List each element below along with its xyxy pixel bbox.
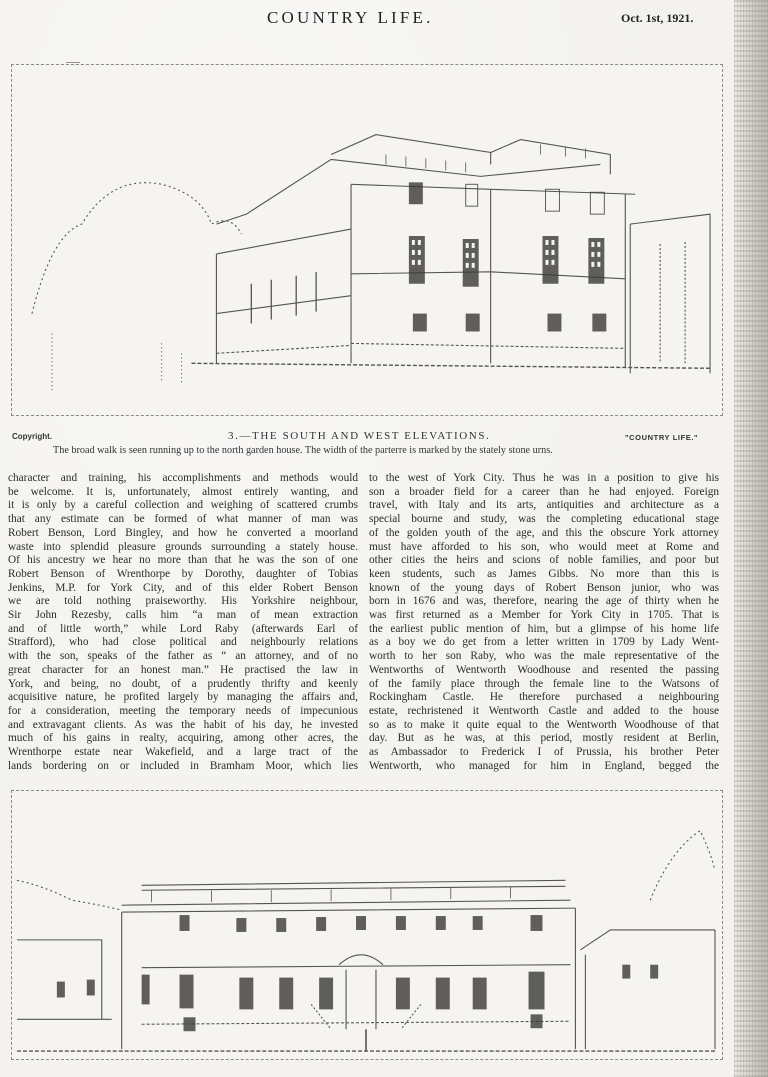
text-line: Jenkins, M.P. for York City, and of this… [8,582,358,596]
text-line: special bourne and study, was the comple… [369,513,719,527]
text-line: of the golden youth of the age, and this… [369,527,719,541]
text-line: day. But as he was, at this period, most… [369,732,719,746]
text-line: be welcome. It is, unfortunately, almost… [8,486,358,500]
text-line: Sir John Rezesby, calls him “a man of me… [8,609,358,623]
text-line: was first returned as a Member for York … [369,609,719,623]
text-line: travel, with Italy and its arts, antiqui… [369,499,719,513]
text-line: the earliest public mention of him, but … [369,623,719,637]
text-line: it is only by a careful collection and w… [8,499,358,513]
text-line: as a boy we do get from a letter written… [369,636,719,650]
house-engraving-front-icon [12,791,722,1059]
plate-south-west-elevations [11,64,723,416]
photo-credit: "COUNTRY LIFE." [625,433,698,442]
text-line: acquisitive nature, he profited largely … [8,691,358,705]
text-line: and of little worth,” while Lord Raby (a… [8,623,358,637]
text-line: York, and being, no doubt, of a prudentl… [8,678,358,692]
text-line: Robert Benson, Lord Bingley, and how he … [8,527,358,541]
masthead: COUNTRY LIFE. Oct. 1st, 1921. [0,8,734,30]
text-line: Rockingham Castle. He therefore purchase… [369,691,719,705]
text-line: other cities the heirs and scions of nob… [369,554,719,568]
text-line: to the west of York City. Thus he was in… [369,472,719,486]
text-line: Robert Benson of Wrenthorpe by Dorothy, … [8,568,358,582]
text-line: estate, rechristened it Wentworth Castle… [369,705,719,719]
scan-speck [66,62,80,63]
article-column-left: character and training, his accomplishme… [8,472,358,773]
copyright-label: Copyright. [12,432,52,441]
text-line: of the family place through the female l… [369,678,719,692]
text-line: as Ambassador to Frederick I of Prussia,… [369,746,719,760]
text-line: born in 1676 and was, therefore, nearing… [369,595,719,609]
text-line: Strafford), who had close political and … [8,636,358,650]
house-engraving-angled-icon [12,65,722,415]
text-line: son a broader field for a career than he… [369,486,719,500]
article-column-right: to the west of York City. Thus he was in… [369,472,719,773]
text-line: worth to her son Raby, who was the male … [369,650,719,664]
text-line: must have afforded to his son, who would… [369,541,719,555]
text-line: much of his gains in realty, acquiring, … [8,732,358,746]
text-line: that any estimate can be formed of what … [8,513,358,527]
plate-subcaption: The broad walk is seen running up to the… [53,445,553,456]
text-line: Wrenthorpe estate near Wakefield, and a … [8,746,358,760]
text-line: Wentworth, who managed for him in Englan… [369,760,719,774]
scanned-page-edge [734,0,768,1077]
text-line: lands bordering on or included in Bramha… [8,760,358,774]
text-line: Wentworths of Wentworth Woodhouse and re… [369,664,719,678]
text-line: keen students, such as James Gibbs. No m… [369,568,719,582]
text-line: and extravagant clients. As was the habi… [8,719,358,733]
publication-title: COUNTRY LIFE. [267,8,434,28]
text-line: Of his ancestry we hear no more than tha… [8,554,358,568]
text-line: we are told nothing praiseworthy. His Yo… [8,595,358,609]
text-line: great character for an honest man.” He p… [8,664,358,678]
article-body: character and training, his accomplishme… [8,472,723,772]
issue-date: Oct. 1st, 1921. [621,11,693,26]
plate-caption: Copyright. 3.—THE SOUTH AND WEST ELEVATI… [0,430,734,460]
magazine-page: COUNTRY LIFE. Oct. 1st, 1921. [0,0,768,1077]
plate-front-elevation [11,790,723,1060]
text-line: character and training, his accomplishme… [8,472,358,486]
text-line: for a consideration, meeting the tempora… [8,705,358,719]
text-line: with the son, speaks of the father as “ … [8,650,358,664]
plate-title: 3.—THE SOUTH AND WEST ELEVATIONS. [228,430,490,442]
text-line: so as to make it quite equal to the Went… [369,719,719,733]
text-line: known of the young days of Robert Benson… [369,582,719,596]
text-line: waste into splendid pleasure grounds sur… [8,541,358,555]
